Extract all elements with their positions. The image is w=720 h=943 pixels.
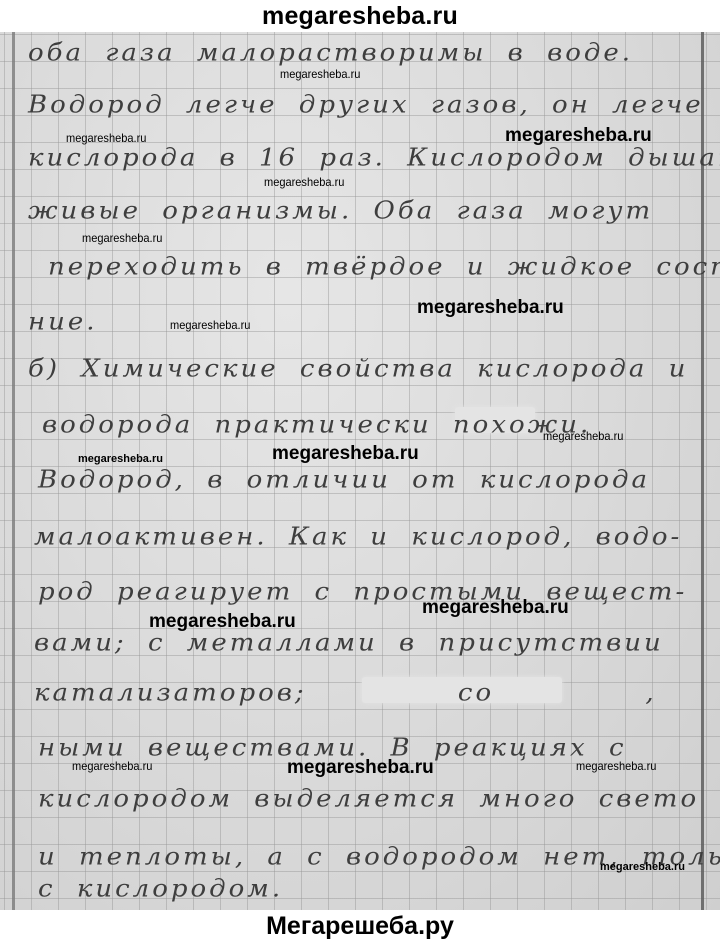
watermark: megaresheba.ru xyxy=(78,454,163,465)
site-name-footer: Мегарешеба.ру xyxy=(0,910,720,943)
handwritten-line: водорода практически похожи. xyxy=(42,411,591,440)
handwritten-line: кислородом выделяется много свето xyxy=(38,785,699,814)
watermark: megaresheba.ru xyxy=(422,598,569,617)
watermark: megaresheba.ru xyxy=(264,176,344,188)
handwritten-line: переходить в твёрдое и жидкое состоя- xyxy=(48,253,720,282)
watermark: megaresheba.ru xyxy=(149,612,296,631)
watermark: megaresheba.ru xyxy=(82,232,162,244)
site-watermark-header: megaresheba.ru xyxy=(0,0,720,32)
notebook-page-photo: оба газа малорастворимы в воде. Водород … xyxy=(0,32,720,910)
watermark: megaresheba.ru xyxy=(287,758,434,777)
handwritten-line: с кислородом. xyxy=(38,875,283,904)
handwritten-line: живые организмы. Оба газа могут xyxy=(28,197,653,226)
watermark: megaresheba.ru xyxy=(576,760,656,772)
handwritten-line: кислорода в 16 раз. Кислородом дышат xyxy=(28,144,720,173)
handwritten-line: Водород, в отличии от кислорода xyxy=(38,466,650,495)
left-margin-line xyxy=(12,32,15,910)
watermark: megaresheba.ru xyxy=(66,132,146,144)
watermark: megaresheba.ru xyxy=(272,444,419,463)
watermark: megaresheba.ru xyxy=(543,430,623,442)
watermark: megaresheba.ru xyxy=(170,319,250,331)
watermark: megaresheba.ru xyxy=(72,760,152,772)
watermark: megaresheba.ru xyxy=(417,298,564,317)
handwritten-line: род реагирует с простыми вещест- xyxy=(38,578,687,607)
handwritten-line: катализаторов; со , сложе- xyxy=(34,679,720,708)
handwritten-line: б) Химические свойства кислорода и xyxy=(28,355,688,384)
handwritten-line: ние. xyxy=(28,308,98,337)
watermark: megaresheba.ru xyxy=(600,862,685,873)
watermark: megaresheba.ru xyxy=(505,126,652,145)
handwritten-line: малоактивен. Как и кислород, водо- xyxy=(34,523,682,552)
handwritten-line: вами; с металлами в присутствии xyxy=(34,629,664,658)
handwritten-line: оба газа малорастворимы в воде. xyxy=(28,39,633,68)
watermark: megaresheba.ru xyxy=(280,68,360,80)
handwritten-line: Водород легче других газов, он легче xyxy=(28,91,704,120)
